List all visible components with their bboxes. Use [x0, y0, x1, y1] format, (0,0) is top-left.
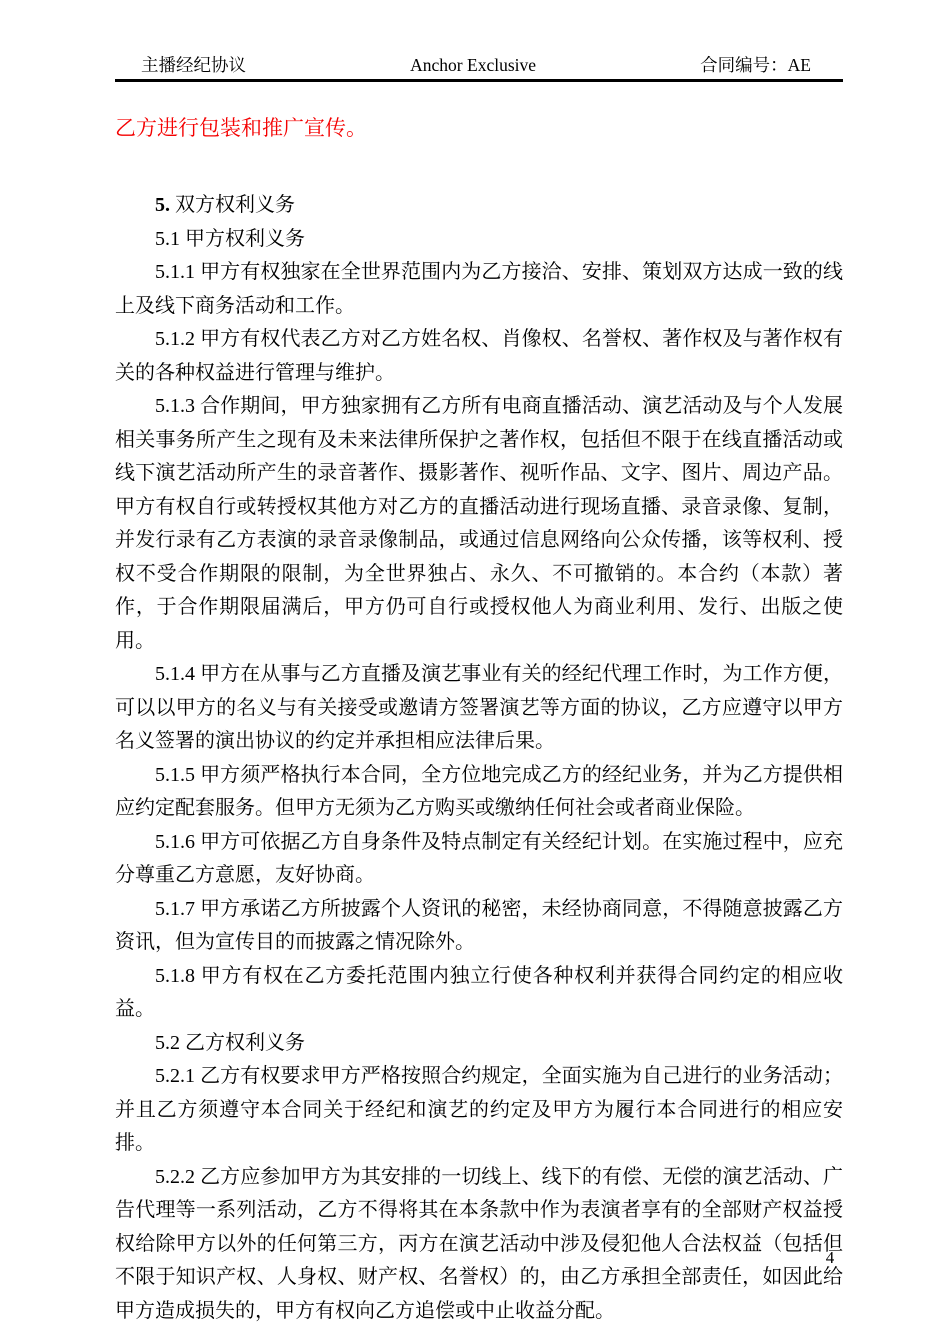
paragraph-5-1-2: 5.1.2 甲方有权代表乙方对乙方姓名权、肖像权、名誉权、著作权及与著作权有关的… [115, 323, 843, 390]
page-number: 4 [780, 1247, 880, 1269]
header-doc-title: 主播经纪协议 [115, 54, 246, 76]
paragraph-5-1-8: 5.1.8 甲方有权在乙方委托范围内独立行使各种权利并获得合同约定的相应收益。 [115, 960, 843, 1027]
paragraph-5-1-5: 5.1.5 甲方须严格执行本合同，全方位地完成乙方的经纪业务，并为乙方提供相应约… [115, 759, 843, 826]
paragraph-5-2-2: 5.2.2 乙方应参加甲方为其安排的一切线上、线下的有偿、无偿的演艺活动、广告代… [115, 1161, 843, 1329]
paragraph-5-1: 5.1 甲方权利义务 [115, 223, 843, 257]
paragraph-5-1-1: 5.1.1 甲方有权独家在全世界范围内为乙方接洽、安排、策划双方达成一致的线上及… [115, 256, 843, 323]
paragraph-5-1-4: 5.1.4 甲方在从事与乙方直播及演艺事业有关的经纪代理工作时，为工作方便，可以… [115, 658, 843, 759]
header-contract-number: 合同编号：AE [700, 54, 843, 76]
paragraph-5-1-7: 5.1.7 甲方承诺乙方所披露个人资讯的秘密，未经协商同意，不得随意披露乙方资讯… [115, 893, 843, 960]
paragraph-5-1-3: 5.1.3 合作期间，甲方独家拥有乙方所有电商直播活动、演艺活动及与个人发展相关… [115, 390, 843, 658]
document-page: 主播经纪协议 Anchor Exclusive 合同编号：AE 乙方进行包装和推… [0, 0, 950, 1344]
section-title: 双方权利义务 [170, 194, 295, 216]
header-doc-subtitle: Anchor Exclusive [410, 54, 536, 76]
page-header: 主播经纪协议 Anchor Exclusive 合同编号：AE [115, 54, 843, 82]
paragraph-5-2: 5.2 乙方权利义务 [115, 1027, 843, 1061]
section-heading: 5. 双方权利义务 [115, 189, 843, 223]
paragraph-5-1-6: 5.1.6 甲方可依据乙方自身条件及特点制定有关经纪计划。在实施过程中，应充分尊… [115, 826, 843, 893]
document-body: 乙方进行包装和推广宣传。 5. 双方权利义务 5.1 甲方权利义务 5.1.1 … [115, 113, 843, 1328]
paragraph-5-2-1: 5.2.1 乙方有权要求甲方严格按照合约规定，全面实施为自己进行的业务活动；并且… [115, 1060, 843, 1161]
section-number: 5. [155, 194, 170, 216]
carryover-red-paragraph: 乙方进行包装和推广宣传。 [115, 113, 843, 143]
